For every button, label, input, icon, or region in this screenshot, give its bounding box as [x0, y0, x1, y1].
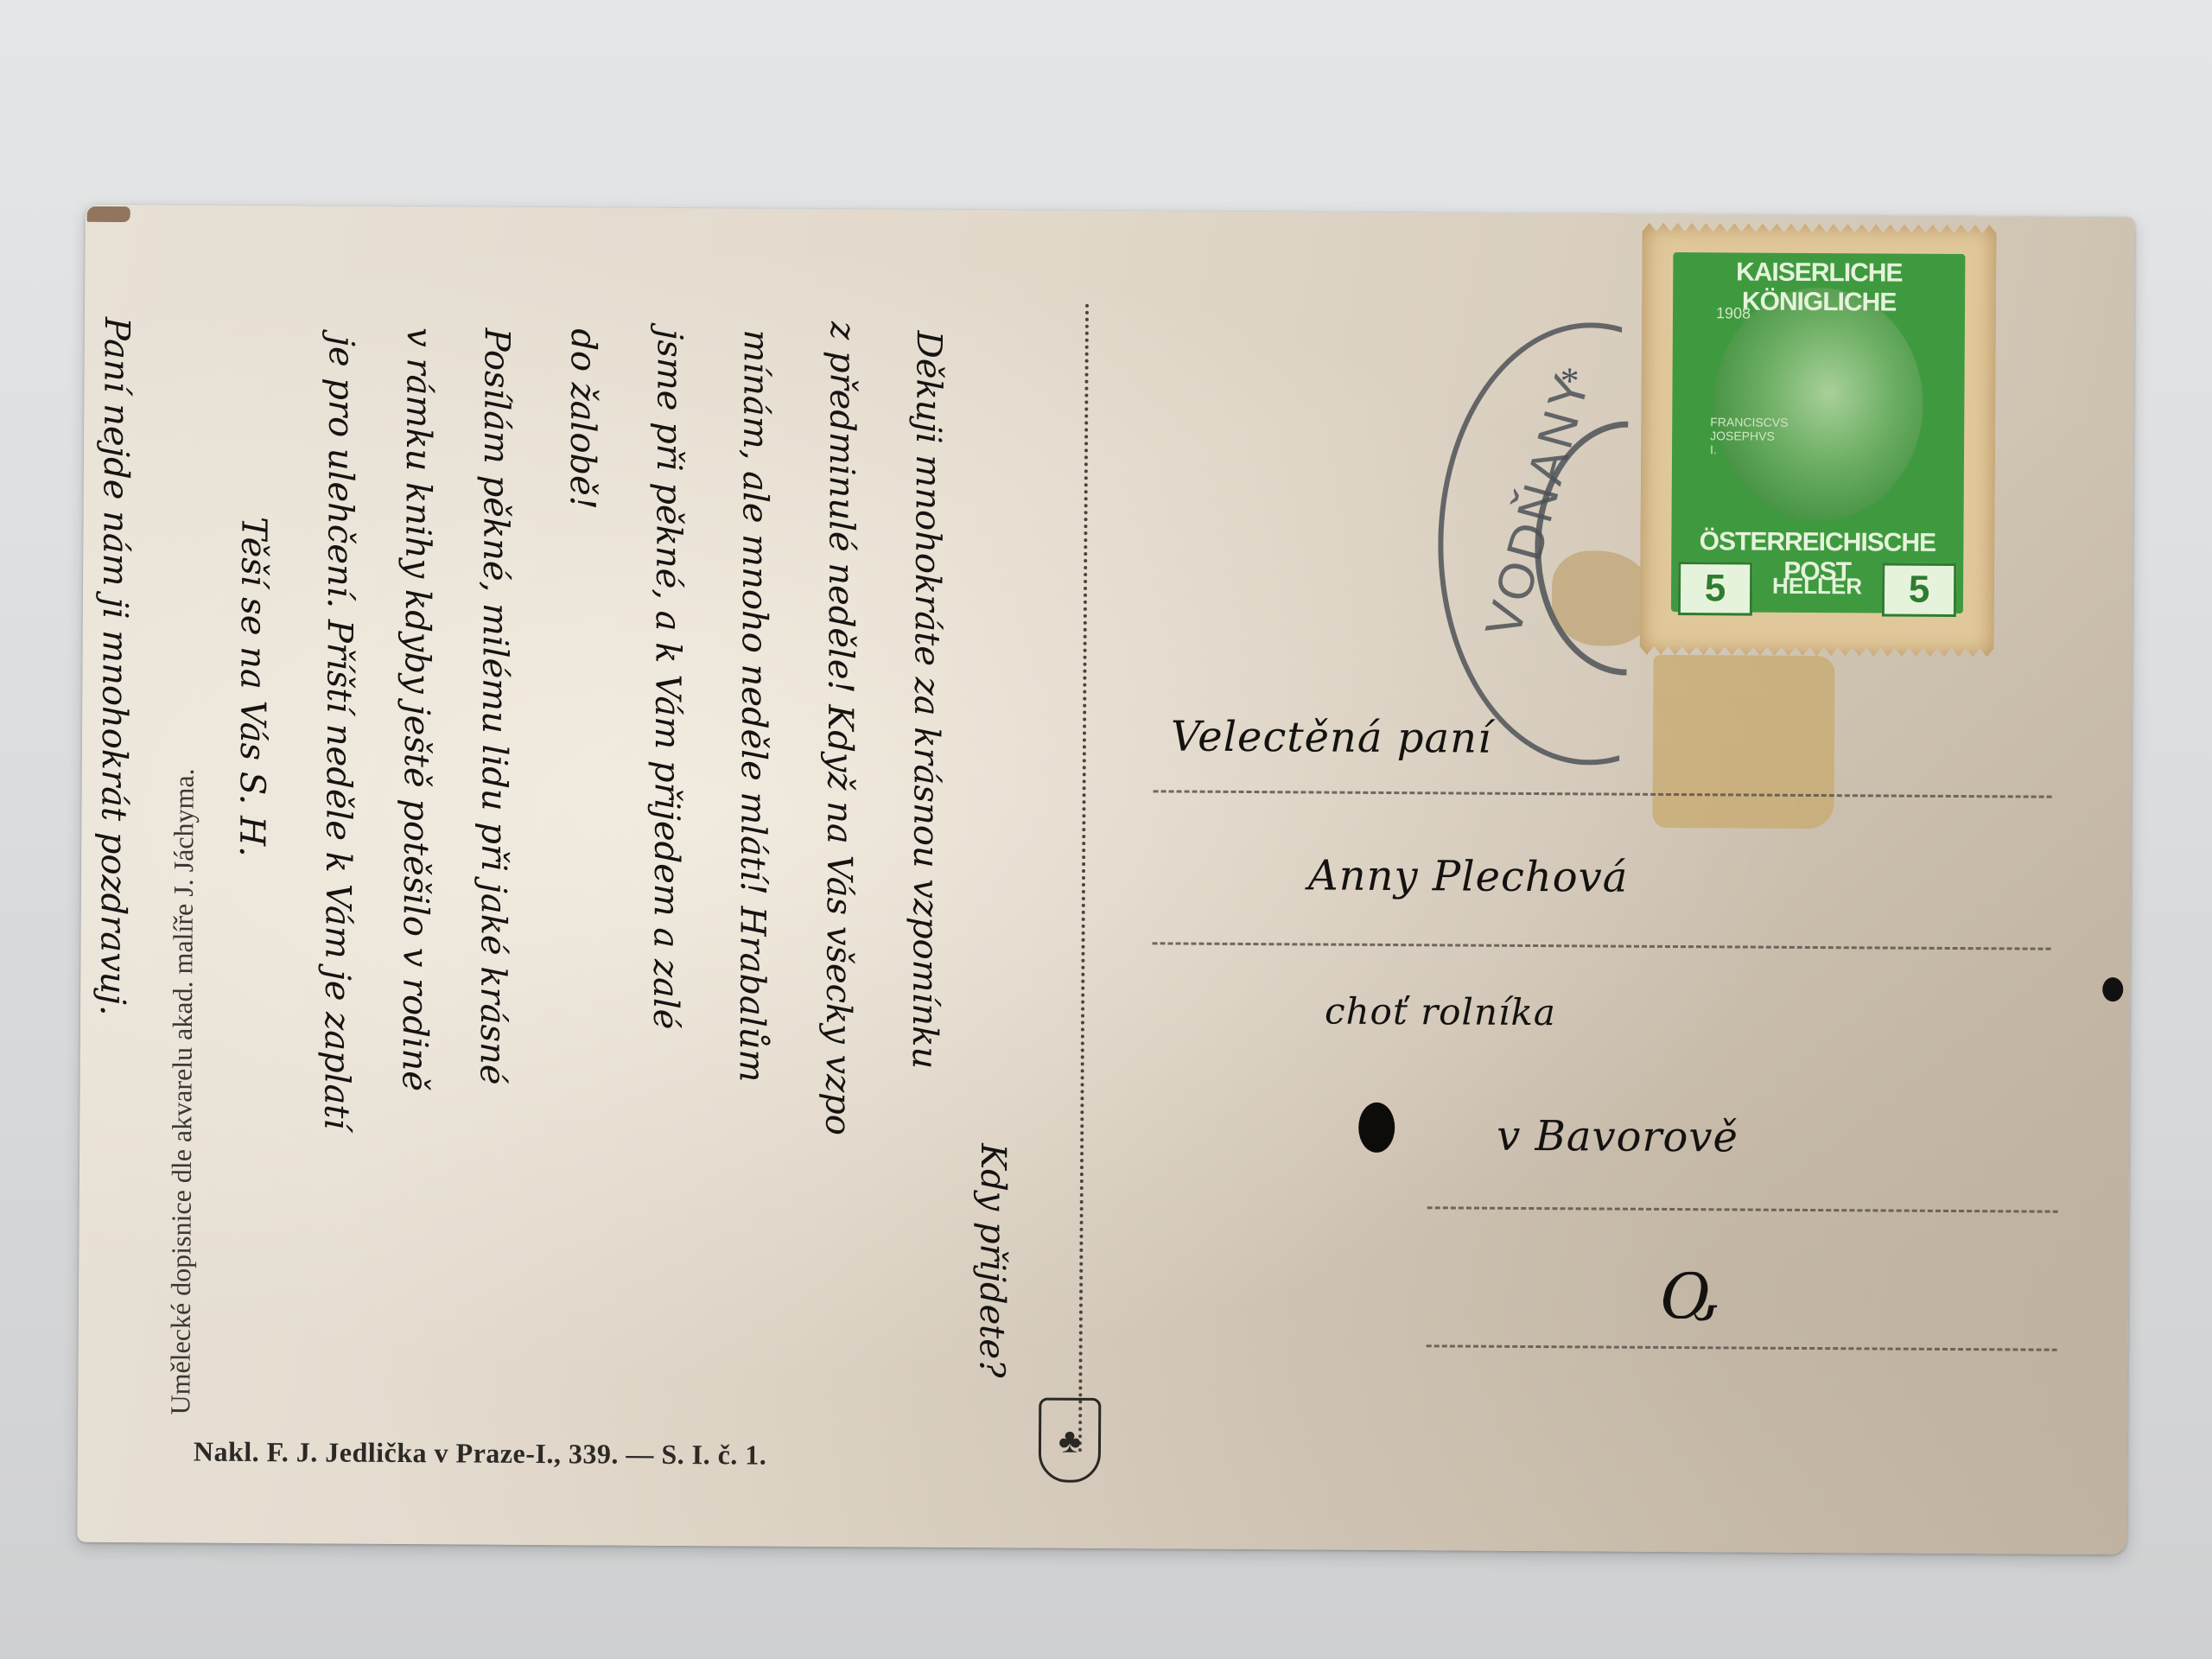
message-line: Děkuji mnohokráte za krásnou vzpomínku — [905, 331, 949, 1070]
printed-caption: Umělecké dopisnice dle akvarelu akad. ma… — [164, 768, 200, 1414]
stamp-portrait-name: FRANCISCVS JOSEPHVS I. — [1710, 415, 1789, 457]
address-line: Velectěná paní — [1171, 712, 1492, 762]
stamp-denomination: HELLER — [1754, 573, 1880, 601]
stamp-value-left: 5 — [1678, 562, 1752, 616]
message-line: Paní nejde nám ji mnohokrát pozdravuj. — [92, 317, 137, 1016]
stamp-value-right: 5 — [1882, 563, 1956, 617]
message-line: z předminulé neděle! Když na Vás všecky … — [817, 321, 862, 1135]
address-rule — [1427, 1344, 2057, 1351]
tape-remnant — [1652, 655, 1834, 829]
message-line: mínám, ale mnoho neděle mlátí! Hrabalům — [732, 329, 776, 1082]
address-line: choť rolníka — [1325, 990, 1556, 1034]
address-rule — [1427, 1206, 2058, 1212]
card-divider — [1078, 304, 1089, 1453]
ink-dot — [2102, 977, 2123, 1001]
message-line: v rámku knihy kdyby ještě potěšilo v rod… — [394, 327, 438, 1091]
address-rule — [1153, 942, 2051, 950]
tree-crest-icon: ♣ — [1039, 1398, 1102, 1483]
address-line: Anny Plechová — [1308, 851, 1629, 901]
corner-wear — [87, 207, 130, 222]
stamp-year: 1908 — [1716, 304, 1751, 322]
message-line: Těší se na Vás S. H. — [232, 517, 273, 857]
message-line: do žalobě! — [563, 328, 603, 510]
address-rule — [1154, 790, 2052, 798]
message-line: Posílám pěkné, milému lidu při jaké krás… — [473, 328, 517, 1085]
address-flourish: Ⴍ — [1660, 1268, 1721, 1332]
publisher-line: Nakl. F. J. Jedlička v Praze-I., 339. — … — [194, 1436, 767, 1471]
stamp-frame: KAISERLICHE KÖNIGLICHE 1908 FRANCISCVS J… — [1671, 252, 1966, 613]
message-line: jsme při pěkné, a k Vám přijedem a zalé — [645, 329, 690, 1030]
ink-blot — [1358, 1103, 1395, 1153]
postcard: Umělecké dopisnice dle akvarelu akad. ma… — [77, 205, 2134, 1554]
postage-stamp: KAISERLICHE KÖNIGLICHE 1908 FRANCISCVS J… — [1640, 223, 1997, 657]
address-line: v Bavorově — [1497, 1112, 1738, 1162]
message-aside: Kdy přijdete? — [971, 1143, 1013, 1377]
message-line: je pro ulehčení. Příští neděle k Vám je … — [316, 335, 361, 1129]
